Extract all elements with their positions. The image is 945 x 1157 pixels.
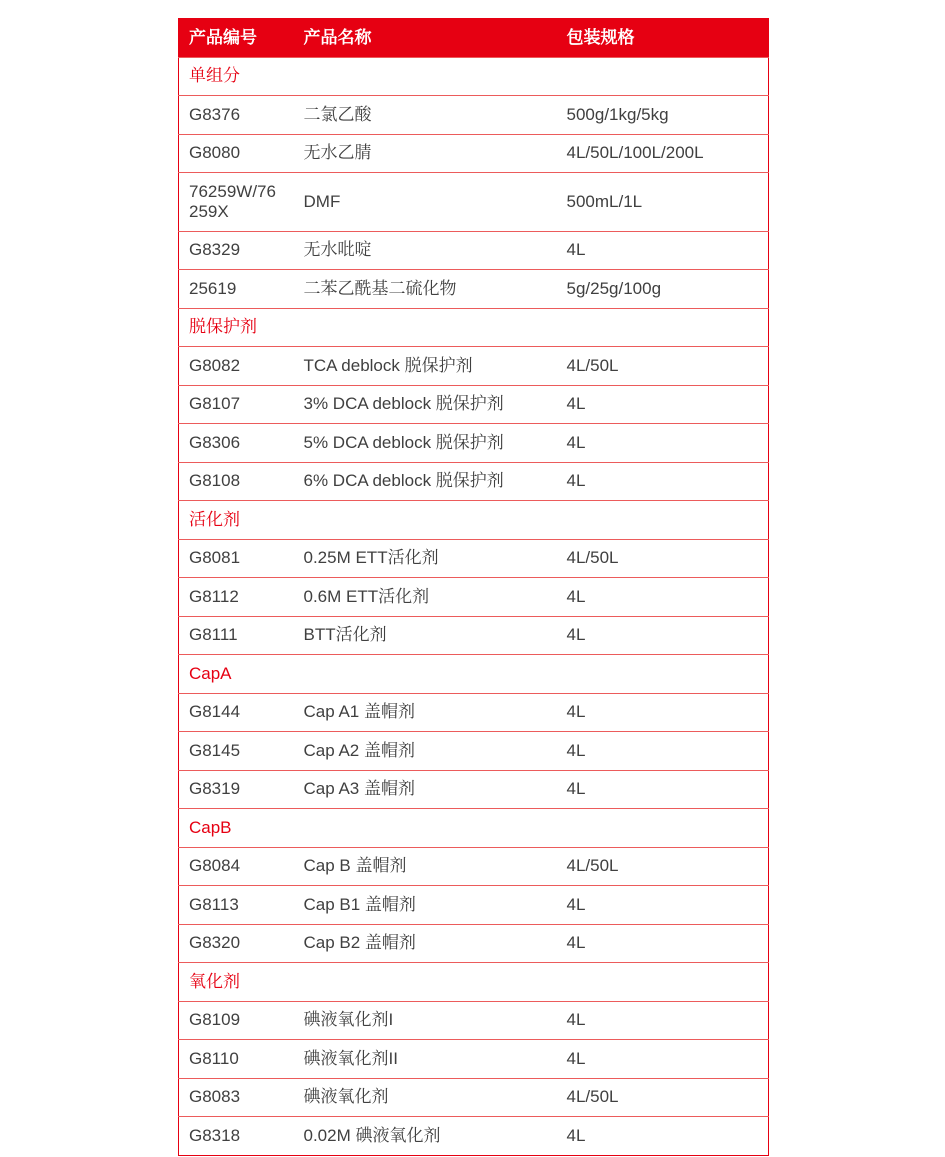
cell-package-spec: 4L bbox=[557, 385, 769, 424]
cell-product-name: 无水乙腈 bbox=[294, 134, 557, 173]
table-row: G8084Cap B 盖帽剂4L/50L bbox=[179, 847, 769, 886]
section-title: 脱保护剂 bbox=[179, 308, 769, 347]
cell-product-code: G8306 bbox=[179, 424, 294, 463]
cell-product-name: 二苯乙酰基二硫化物 bbox=[294, 270, 557, 309]
cell-product-code: 76259W/76259X bbox=[179, 173, 294, 232]
cell-package-spec: 4L/50L bbox=[557, 1078, 769, 1117]
cell-package-spec: 500mL/1L bbox=[557, 173, 769, 232]
table-row: G8109碘液氧化剂I4L bbox=[179, 1001, 769, 1040]
cell-package-spec: 4L bbox=[557, 886, 769, 925]
section-title: CapA bbox=[179, 655, 769, 694]
cell-package-spec: 4L bbox=[557, 770, 769, 809]
cell-product-name: Cap B1 盖帽剂 bbox=[294, 886, 557, 925]
cell-package-spec: 4L bbox=[557, 732, 769, 771]
cell-package-spec: 4L bbox=[557, 616, 769, 655]
table-row: G83065% DCA deblock 脱保护剂4L bbox=[179, 424, 769, 463]
product-catalog-table: 产品编号 产品名称 包装规格 单组分G8376二氯乙酸500g/1kg/5kgG… bbox=[178, 18, 769, 1156]
cell-package-spec: 4L bbox=[557, 1040, 769, 1079]
column-header-product-name: 产品名称 bbox=[294, 19, 557, 58]
cell-product-code: G8111 bbox=[179, 616, 294, 655]
table-row: G8113Cap B1 盖帽剂4L bbox=[179, 886, 769, 925]
section-title: CapB bbox=[179, 809, 769, 848]
cell-product-code: G8109 bbox=[179, 1001, 294, 1040]
table-row: G80810.25M ETT活化剂4L/50L bbox=[179, 539, 769, 578]
table-row: G81120.6M ETT活化剂4L bbox=[179, 578, 769, 617]
section-row: 脱保护剂 bbox=[179, 308, 769, 347]
cell-product-code: G8329 bbox=[179, 231, 294, 270]
table-row: G8144Cap A1 盖帽剂4L bbox=[179, 693, 769, 732]
cell-package-spec: 4L bbox=[557, 578, 769, 617]
table-row: G8082TCA deblock 脱保护剂4L/50L bbox=[179, 347, 769, 386]
cell-product-name: 无水吡啶 bbox=[294, 231, 557, 270]
table-row: G8329无水吡啶4L bbox=[179, 231, 769, 270]
table-row: G81086% DCA deblock 脱保护剂4L bbox=[179, 462, 769, 501]
cell-package-spec: 5g/25g/100g bbox=[557, 270, 769, 309]
cell-package-spec: 4L/50L bbox=[557, 347, 769, 386]
cell-package-spec: 4L/50L/100L/200L bbox=[557, 134, 769, 173]
cell-product-name: BTT活化剂 bbox=[294, 616, 557, 655]
cell-package-spec: 4L/50L bbox=[557, 539, 769, 578]
cell-product-name: 碘液氧化剂 bbox=[294, 1078, 557, 1117]
table-row: 25619二苯乙酰基二硫化物5g/25g/100g bbox=[179, 270, 769, 309]
cell-product-name: 6% DCA deblock 脱保护剂 bbox=[294, 462, 557, 501]
table-row: G8111BTT活化剂4L bbox=[179, 616, 769, 655]
cell-product-name: Cap A1 盖帽剂 bbox=[294, 693, 557, 732]
cell-product-code: G8376 bbox=[179, 96, 294, 135]
cell-product-code: G8144 bbox=[179, 693, 294, 732]
cell-package-spec: 4L bbox=[557, 424, 769, 463]
cell-product-name: 5% DCA deblock 脱保护剂 bbox=[294, 424, 557, 463]
section-row: CapB bbox=[179, 809, 769, 848]
cell-product-code: G8108 bbox=[179, 462, 294, 501]
cell-package-spec: 4L bbox=[557, 231, 769, 270]
cell-package-spec: 4L bbox=[557, 1001, 769, 1040]
section-row: CapA bbox=[179, 655, 769, 694]
column-header-product-code: 产品编号 bbox=[179, 19, 294, 58]
cell-product-name: TCA deblock 脱保护剂 bbox=[294, 347, 557, 386]
cell-package-spec: 4L bbox=[557, 924, 769, 963]
cell-product-code: G8080 bbox=[179, 134, 294, 173]
cell-product-code: G8082 bbox=[179, 347, 294, 386]
cell-product-code: G8145 bbox=[179, 732, 294, 771]
cell-product-code: G8113 bbox=[179, 886, 294, 925]
cell-product-code: G8320 bbox=[179, 924, 294, 963]
table-row: 76259W/76259XDMF500mL/1L bbox=[179, 173, 769, 232]
cell-product-code: G8081 bbox=[179, 539, 294, 578]
section-title: 活化剂 bbox=[179, 501, 769, 540]
cell-product-code: G8112 bbox=[179, 578, 294, 617]
section-title: 氧化剂 bbox=[179, 963, 769, 1002]
cell-product-name: 0.02M 碘液氧化剂 bbox=[294, 1117, 557, 1156]
table-row: G8319Cap A3 盖帽剂4L bbox=[179, 770, 769, 809]
cell-product-name: 碘液氧化剂I bbox=[294, 1001, 557, 1040]
section-row: 氧化剂 bbox=[179, 963, 769, 1002]
table-row: G8376二氯乙酸500g/1kg/5kg bbox=[179, 96, 769, 135]
cell-product-code: G8110 bbox=[179, 1040, 294, 1079]
cell-product-code: G8084 bbox=[179, 847, 294, 886]
cell-package-spec: 500g/1kg/5kg bbox=[557, 96, 769, 135]
section-row: 活化剂 bbox=[179, 501, 769, 540]
cell-product-name: Cap A3 盖帽剂 bbox=[294, 770, 557, 809]
cell-product-name: 二氯乙酸 bbox=[294, 96, 557, 135]
cell-product-name: 3% DCA deblock 脱保护剂 bbox=[294, 385, 557, 424]
cell-product-name: 0.25M ETT活化剂 bbox=[294, 539, 557, 578]
cell-product-code: G8318 bbox=[179, 1117, 294, 1156]
table-row: G8083碘液氧化剂4L/50L bbox=[179, 1078, 769, 1117]
section-row: 单组分 bbox=[179, 57, 769, 96]
cell-product-code: G8319 bbox=[179, 770, 294, 809]
catalog-table-body: 单组分G8376二氯乙酸500g/1kg/5kgG8080无水乙腈4L/50L/… bbox=[179, 57, 769, 1155]
section-title: 单组分 bbox=[179, 57, 769, 96]
table-row: G8110碘液氧化剂II4L bbox=[179, 1040, 769, 1079]
cell-package-spec: 4L bbox=[557, 462, 769, 501]
cell-product-name: Cap B2 盖帽剂 bbox=[294, 924, 557, 963]
cell-product-name: Cap B 盖帽剂 bbox=[294, 847, 557, 886]
cell-package-spec: 4L bbox=[557, 1117, 769, 1156]
column-header-package-spec: 包装规格 bbox=[557, 19, 769, 58]
table-row: G81073% DCA deblock 脱保护剂4L bbox=[179, 385, 769, 424]
cell-product-code: 25619 bbox=[179, 270, 294, 309]
table-row: G8320Cap B2 盖帽剂4L bbox=[179, 924, 769, 963]
cell-product-code: G8083 bbox=[179, 1078, 294, 1117]
cell-product-code: G8107 bbox=[179, 385, 294, 424]
cell-package-spec: 4L bbox=[557, 693, 769, 732]
cell-product-name: 0.6M ETT活化剂 bbox=[294, 578, 557, 617]
table-header-row: 产品编号 产品名称 包装规格 bbox=[179, 19, 769, 58]
cell-product-name: Cap A2 盖帽剂 bbox=[294, 732, 557, 771]
table-row: G8145Cap A2 盖帽剂4L bbox=[179, 732, 769, 771]
cell-product-name: 碘液氧化剂II bbox=[294, 1040, 557, 1079]
cell-product-name: DMF bbox=[294, 173, 557, 232]
table-row: G83180.02M 碘液氧化剂4L bbox=[179, 1117, 769, 1156]
cell-package-spec: 4L/50L bbox=[557, 847, 769, 886]
table-row: G8080无水乙腈4L/50L/100L/200L bbox=[179, 134, 769, 173]
